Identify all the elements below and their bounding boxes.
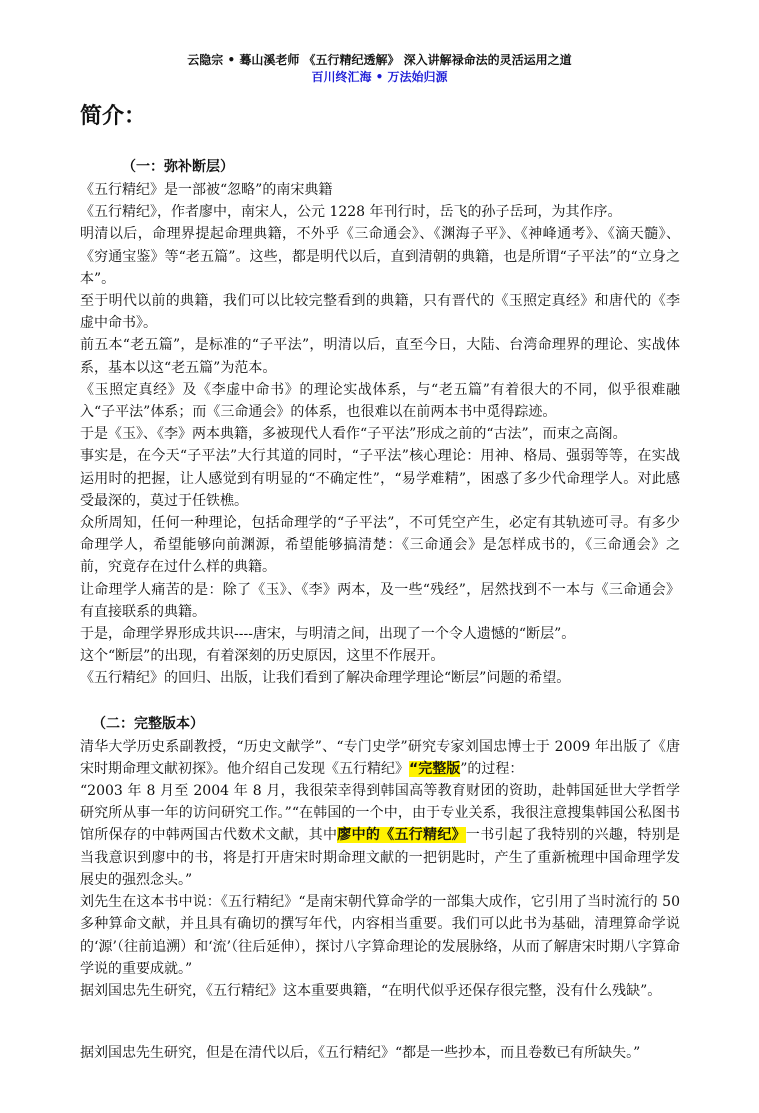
paragraph: 这个“断层”的出现，有着深刻的历史原因，这里不作展开。 [80,645,680,667]
paragraph: 事实是，在今天“子平法”大行其道的同时，“子平法”核心理论：用神、格局、强弱等等… [80,445,680,512]
paragraph: 于是《玉》、《李》两本典籍，多被现代人看作“子平法”形成之前的“古法”，而束之高… [80,423,680,445]
paragraph: 据刘国忠先生研究，《五行精纪》这本重要典籍，“在明代似乎还保存很完整，没有什么残… [80,980,680,1002]
paragraph: 明清以后，命理界提起命理典籍，不外乎《三命通会》、《渊海子平》、《神峰通考》、《… [80,223,680,290]
document-header: 云隐宗 • 蓦山溪老师 《五行精纪透解》 深入讲解禄命法的灵活运用之道 百川终汇… [0,52,759,86]
text-run: ”的过程： [460,761,523,777]
blank-space [80,1002,680,1042]
document-body: （一：弥补断层） 《五行精纪》是一部被“忽略”的南宋典籍 《五行精纪》，作者廖中… [80,155,680,1064]
text-run: 清华大学历史系副教授，“历史文献学”、“专门史学”研究专家刘国忠博士于 2009… [80,739,680,777]
paragraph: 至于明代以前的典籍，我们可以比较完整看到的典籍，只有晋代的《玉照定真经》和唐代的… [80,290,680,334]
page-title: 简介： [80,101,146,133]
header-subtitle: 百川终汇海 • 万法始归源 [0,69,759,86]
highlighted-text: 廖中的《五行精纪》 [337,827,466,843]
highlighted-text: “完整版 [409,761,460,777]
paragraph: 刘先生在这本书中说：《五行精纪》“是南宋朝代算命学的一部集大成作，它引用了当时流… [80,891,680,980]
paragraph: 据刘国忠先生研究，但是在清代以后，《五行精纪》“都是一些抄本，而且卷数已有所缺失… [80,1042,680,1064]
paragraph: 让命理学人痛苦的是：除了《玉》、《李》两本，及一些“残经”，居然找到不一本与《三… [80,579,680,623]
paragraph: 《玉照定真经》及《李虚中命书》的理论实战体系，与“老五篇”有着很大的不同，似乎很… [80,379,680,423]
paragraph: “2003 年 8 月至 2004 年 8 月，我很荣幸得到韩国高等教育财团的资… [80,780,680,891]
paragraph: 清华大学历史系副教授，“历史文献学”、“专门史学”研究专家刘国忠博士于 2009… [80,736,680,780]
section-heading-2: （二：完整版本） [80,712,680,736]
paragraph: 前五本“老五篇”，是标准的“子平法”，明清以后，直至今日，大陆、台湾命理界的理论… [80,334,680,378]
paragraph: 《五行精纪》是一部被“忽略”的南宋典籍 [80,179,680,201]
header-title: 云隐宗 • 蓦山溪老师 《五行精纪透解》 深入讲解禄命法的灵活运用之道 [0,52,759,69]
paragraph: 《五行精纪》，作者廖中，南宋人，公元 1228 年刊行时，岳飞的孙子岳珂，为其作… [80,201,680,223]
paragraph: 《五行精纪》的回归、出版，让我们看到了解决命理学理论“断层”问题的希望。 [80,667,680,689]
section-heading-1: （一：弥补断层） [80,155,680,179]
paragraph: 众所周知，任何一种理论，包括命理学的“子平法”，不可凭空产生，必定有其轨迹可寻。… [80,512,680,579]
paragraph: 于是，命理学界形成共识----唐宋，与明清之间，出现了一个令人遗憾的“断层”。 [80,623,680,645]
